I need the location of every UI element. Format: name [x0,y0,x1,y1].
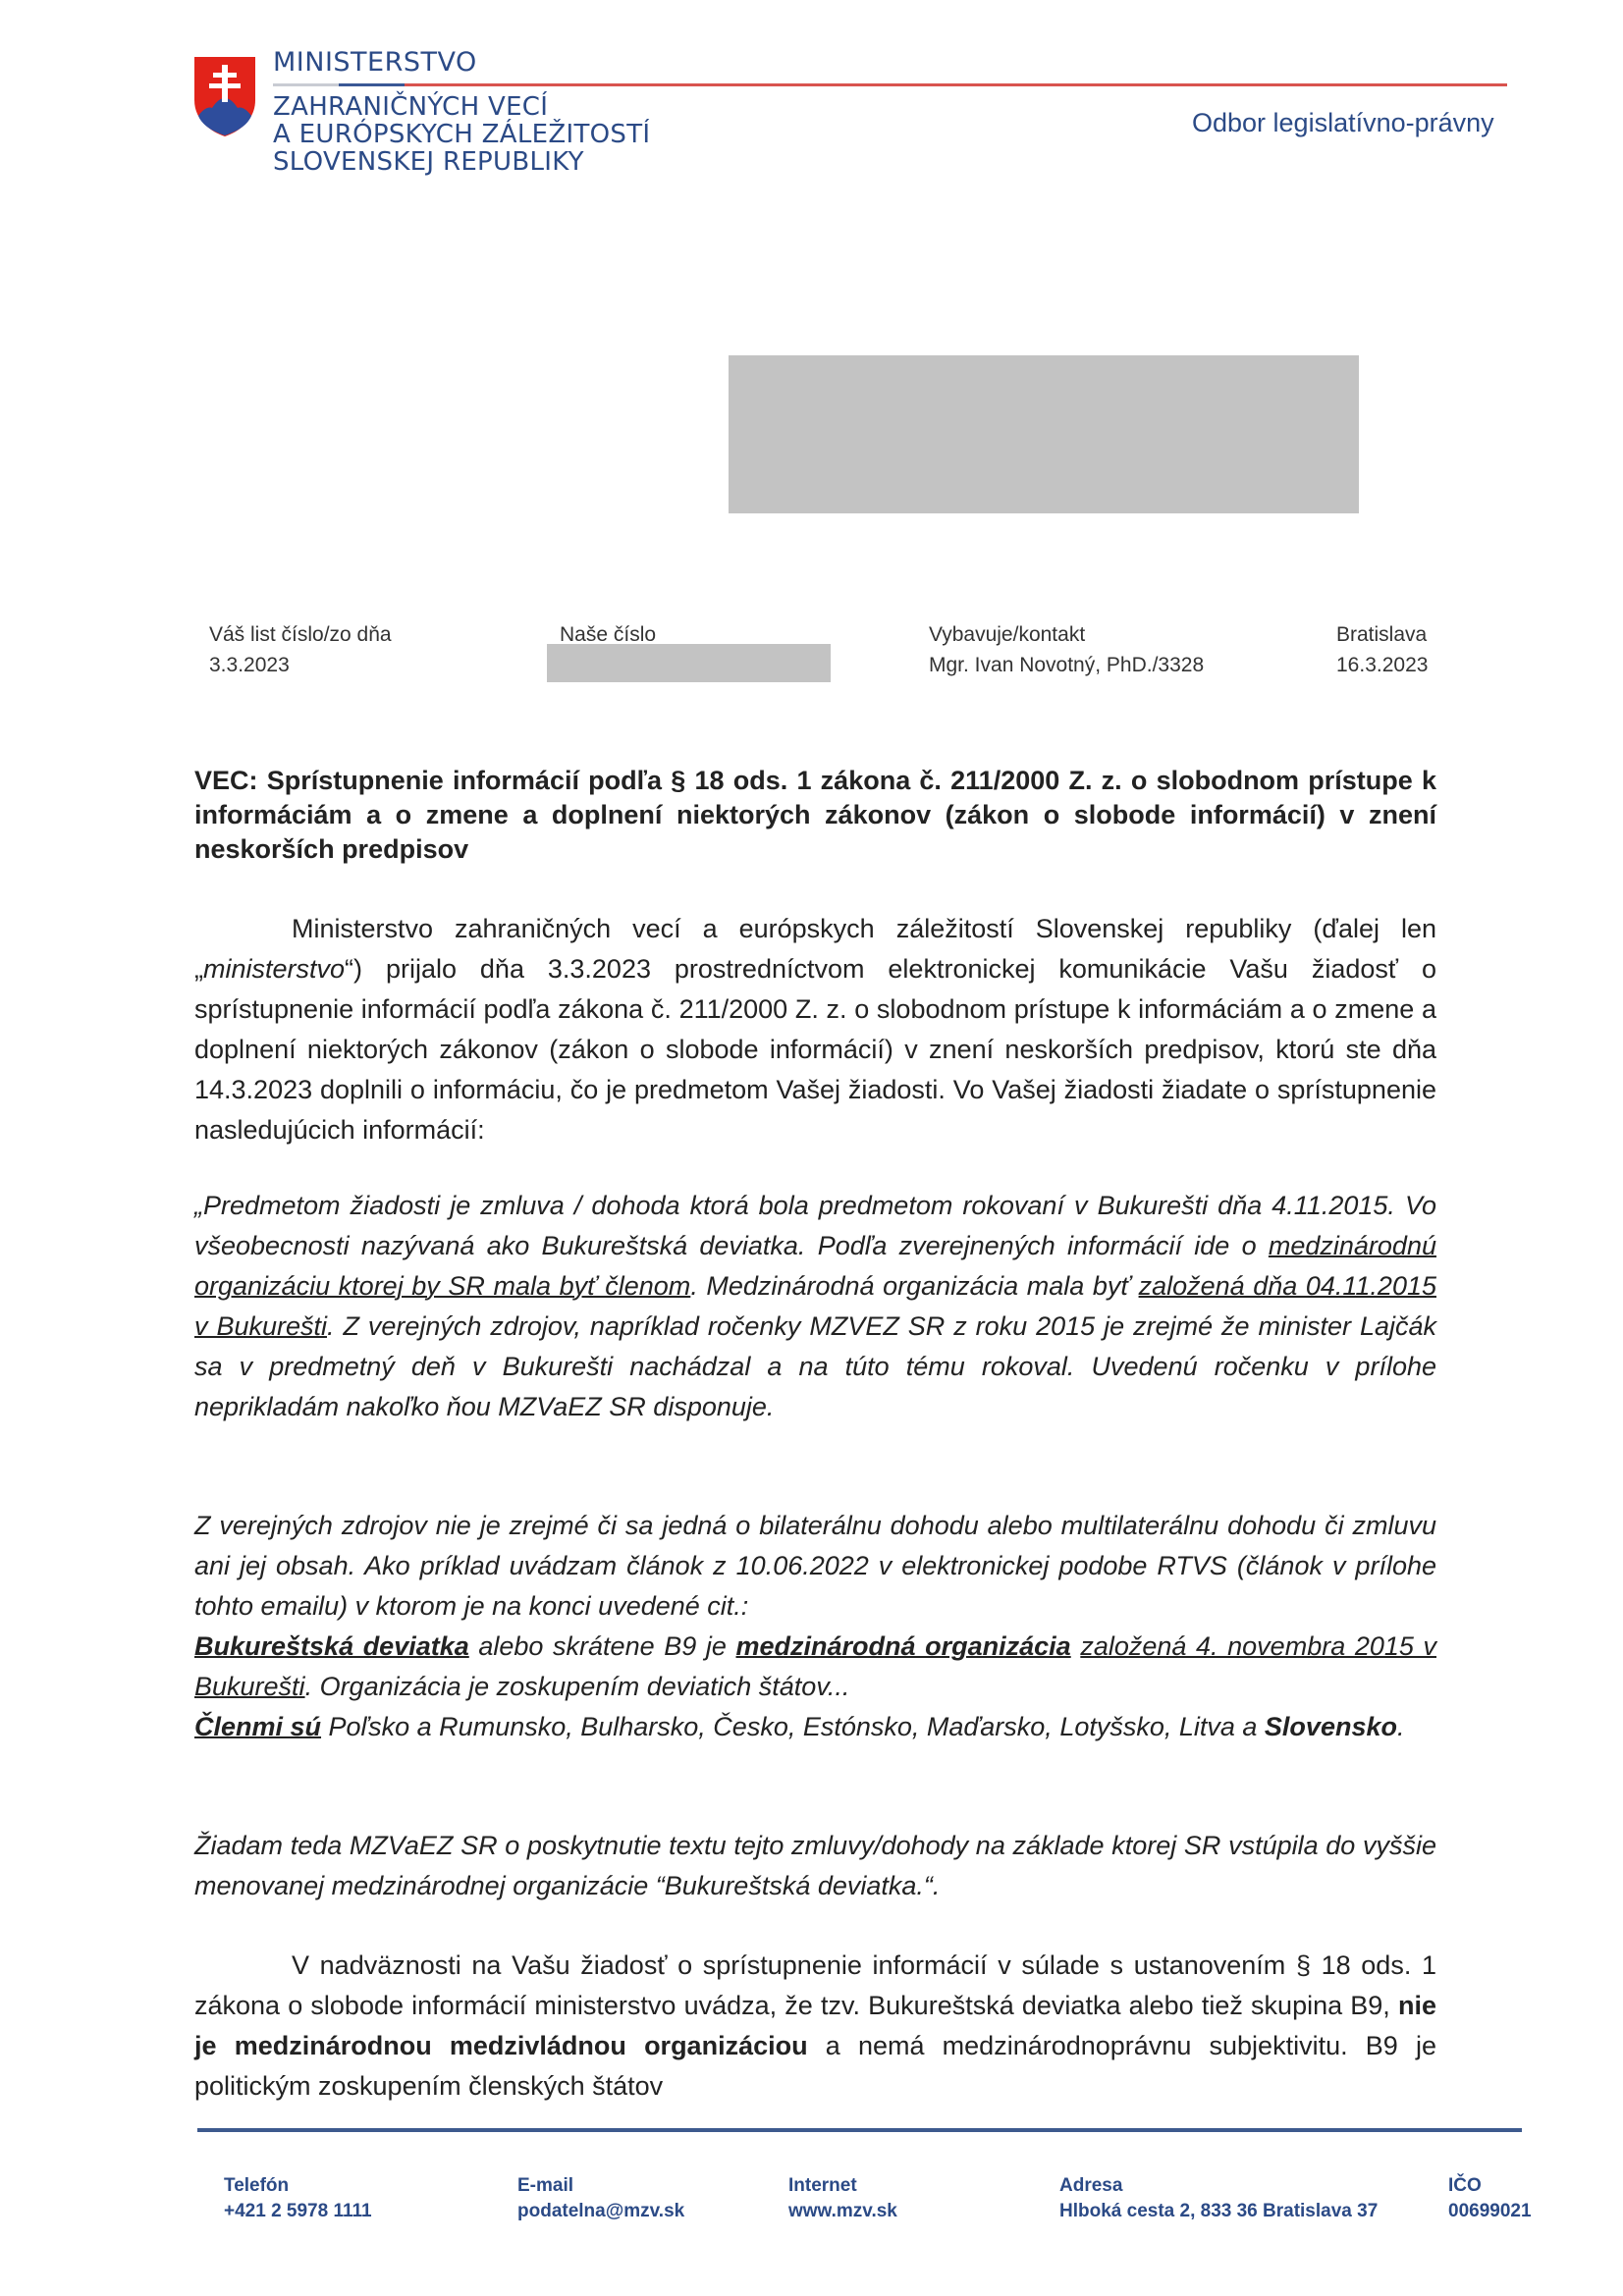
footer-phone-label: Telefón [224,2175,289,2197]
footer-rule [197,2128,1522,2132]
bold-underlined-text: medzinárodná organizácia [736,1631,1071,1661]
contact-label: Vybavuje/kontakt [929,623,1085,647]
text: “) prijalo dňa 3.3.2023 prostredníctvom … [194,954,1436,1145]
footer-email-label: E-mail [517,2175,573,2197]
request-quote-paragraph-1: „Predmetom žiadosti je zmluva / dohoda k… [194,1186,1436,1427]
text: Z verejných zdrojov nie je zrejmé či sa … [194,1511,1436,1621]
text: „Predmetom žiadosti je zmluva / dohoda k… [194,1191,1436,1260]
text: alebo skrátene B9 je [469,1631,736,1661]
bold-underlined-text: Bukureštská deviatka [194,1631,469,1661]
footer-email-link[interactable]: podatelna@mzv.sk [517,2201,684,2222]
footer-phone-value: +421 2 5978 1111 [224,2201,372,2222]
org-name-line4: SLOVENSKEJ REPUBLIKY [273,148,650,176]
coat-of-arms-icon [192,55,257,137]
footer-address-value: Hlboká cesta 2, 833 36 Bratislava 37 [1059,2201,1378,2222]
text: Poľsko a Rumunsko, Bulharsko, Česko, Est… [321,1712,1265,1741]
letter-date: 16.3.2023 [1336,654,1428,677]
org-name-line1: MINISTERSTVO [273,47,477,78]
org-name: ZAHRANIČNÝCH VECÍ A EURÓPSKYCH ZÁLEŽITOS… [273,93,650,176]
text: . Z verejných zdrojov, napríklad ročenky… [194,1311,1436,1421]
request-quote-paragraph-2: Z verejných zdrojov nie je zrejmé či sa … [194,1506,1436,1747]
space [1071,1631,1081,1661]
footer-web-link[interactable]: www.mzv.sk [788,2201,897,2222]
response-paragraph: V nadväznosti na Vašu žiadosť o sprístup… [194,1946,1436,2107]
subject-heading: VEC: Sprístupnenie informácií podľa § 18… [194,764,1436,867]
your-letter-value: 3.3.2023 [209,654,290,677]
footer-address-label: Adresa [1059,2175,1122,2197]
header-rule-red [405,83,1507,86]
intro-paragraph: Ministerstvo zahraničných vecí a európsk… [194,909,1436,1150]
bold-underlined-text: Členmi sú [194,1712,321,1741]
text: . Organizácia je zoskupením deviatich št… [305,1672,850,1701]
department-name: Odbor legislatívno-právny [1192,108,1494,138]
footer-ico-label: IČO [1448,2175,1482,2197]
place-label: Bratislava [1336,623,1427,647]
contact-value: Mgr. Ivan Novotný, PhD./3328 [929,654,1204,677]
your-letter-label: Váš list číslo/zo dňa [209,623,392,647]
footer-ico-value: 00699021 [1448,2201,1532,2222]
org-name-line3: A EURÓPSKYCH ZÁLEŽITOSTÍ [273,121,650,148]
header-rule-grey [273,83,339,86]
text: . Medzinárodná organizácia mala byť [690,1271,1138,1301]
redacted-reference-number [547,644,831,682]
header-rule-blue [339,83,405,86]
org-name-line2: ZAHRANIČNÝCH VECÍ [273,93,650,121]
text: V nadväznosti na Vašu žiadosť o sprístup… [194,1950,1436,2020]
defined-term: ministerstvo [203,954,345,984]
request-quote-paragraph-3: Žiadam teda MZVaEZ SR o poskytnutie text… [194,1826,1436,1906]
redacted-recipient-address [729,355,1359,513]
text: . [1397,1712,1405,1741]
bold-text: Slovensko [1265,1712,1397,1741]
our-number-label: Naše číslo [560,623,656,647]
footer-web-label: Internet [788,2175,857,2197]
